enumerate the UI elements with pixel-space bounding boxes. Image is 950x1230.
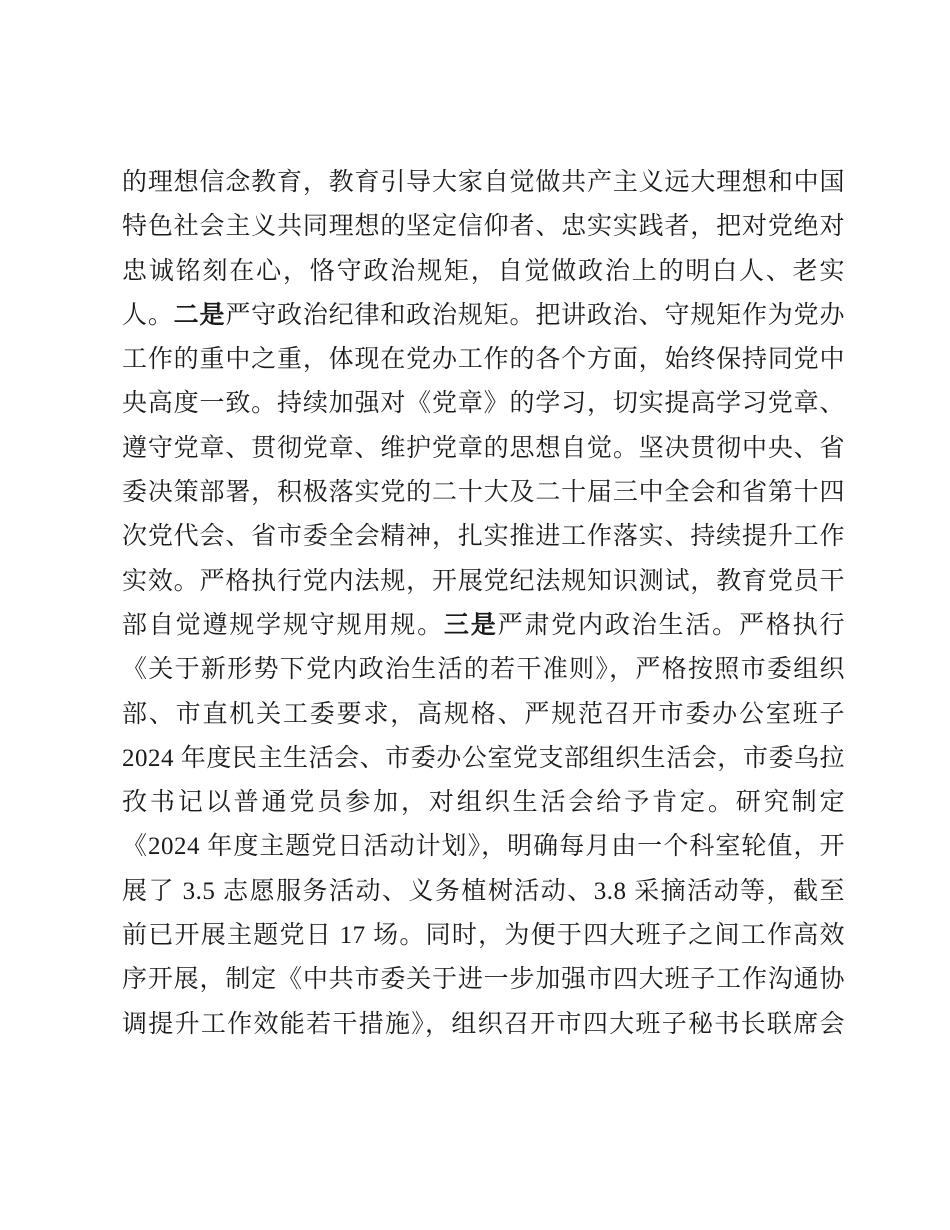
text-run: 遵守党章、贯彻党章、维护党章的思想自觉。坚决贯彻中央、省: [122, 435, 845, 462]
text-line: 部、市直机关工委要求，高规格、严规范召开市委办公室班子: [122, 693, 845, 737]
text-run: 工作的重中之重，体现在党办工作的各个方面，始终保持同党中: [122, 346, 845, 373]
text-run: 部自觉遵规学规守规用规。: [122, 612, 444, 639]
text-line: 序开展，制定《中共市委关于进一步加强市四大班子工作沟通协: [122, 958, 845, 1002]
text-line: 的理想信念教育，教育引导大家自觉做共产主义远大理想和中国: [122, 161, 845, 205]
text-line: 展了 3.5 志愿服务活动、义务植树活动、3.8 采摘活动等，截至目: [122, 870, 845, 914]
text-run: 央高度一致。持续加强对《党章》的学习，切实提高学习党章、: [122, 390, 845, 417]
text-line: 人。二是严守政治纪律和政治规矩。把讲政治、守规矩作为党办: [122, 294, 845, 338]
text-run: 严守政治纪律和政治规矩。把讲政治、守规矩作为党办: [225, 302, 845, 329]
text-run: 序开展，制定《中共市委关于进一步加强市四大班子工作沟通协: [122, 966, 845, 993]
text-line: 实效。严格执行党内法规，开展党纪法规知识测试，教育党员干: [122, 560, 845, 604]
text-line: 忠诚铭刻在心，恪守政治规矩，自觉做政治上的明白人、老实: [122, 250, 845, 294]
text-run: 的理想信念教育，教育引导大家自觉做共产主义远大理想和中国: [122, 169, 845, 196]
text-line: 遵守党章、贯彻党章、维护党章的思想自觉。坚决贯彻中央、省: [122, 427, 845, 471]
text-run: 严肃党内政治生活。严格执行: [498, 612, 845, 639]
bold-text-run: 三是: [444, 612, 498, 639]
text-line: 次党代会、省市委全会精神，扎实推进工作落实、持续提升工作: [122, 515, 845, 559]
text-line: 特色社会主义共同理想的坚定信仰者、忠实实践者，把对党绝对: [122, 205, 845, 249]
text-line: 工作的重中之重，体现在党办工作的各个方面，始终保持同党中: [122, 338, 845, 382]
text-run: 《2024 年度主题党日活动计划》，明确每月由一个科室轮值，开: [122, 833, 845, 860]
text-line: 调提升工作效能若干措施》，组织召开市四大班子秘书长联席会: [122, 1003, 845, 1047]
text-run: 委决策部署，积极落实党的二十大及二十届三中全会和省第十四: [122, 479, 845, 506]
text-run: 孜书记以普通党员参加，对组织生活会给予肯定。研究制定: [122, 789, 845, 816]
text-run: 前已开展主题党日 17 场。同时，为便于四大班子之间工作高效有: [122, 922, 845, 958]
text-run: 2024 年度民主生活会、市委办公室党支部组织生活会，市委乌拉: [122, 745, 845, 772]
text-line: 部自觉遵规学规守规用规。三是严肃党内政治生活。严格执行: [122, 604, 845, 648]
text-run: 展了 3.5 志愿服务活动、义务植树活动、3.8 采摘活动等，截至目: [122, 878, 845, 914]
text-run: 人。: [122, 302, 174, 329]
text-line: 孜书记以普通党员参加，对组织生活会给予肯定。研究制定: [122, 781, 845, 825]
text-run: 实效。严格执行党内法规，开展党纪法规知识测试，教育党员干: [122, 568, 845, 595]
text-run: 次党代会、省市委全会精神，扎实推进工作落实、持续提升工作: [122, 523, 845, 550]
text-line: 前已开展主题党日 17 场。同时，为便于四大班子之间工作高效有: [122, 914, 845, 958]
bold-text-run: 二是: [174, 302, 226, 329]
text-line: 委决策部署，积极落实党的二十大及二十届三中全会和省第十四: [122, 471, 845, 515]
text-run: 《关于新形势下党内政治生活的若干准则》，严格按照市委组织: [122, 656, 845, 683]
text-run: 调提升工作效能若干措施》，组织召开市四大班子秘书长联席会: [122, 1011, 845, 1038]
text-run: 部、市直机关工委要求，高规格、严规范召开市委办公室班子: [122, 701, 845, 728]
document-body: 的理想信念教育，教育引导大家自觉做共产主义远大理想和中国特色社会主义共同理想的坚…: [122, 161, 845, 1047]
document-page: 的理想信念教育，教育引导大家自觉做共产主义远大理想和中国特色社会主义共同理想的坚…: [0, 0, 950, 1230]
text-run: 忠诚铭刻在心，恪守政治规矩，自觉做政治上的明白人、老实: [122, 258, 845, 285]
text-line: 2024 年度民主生活会、市委办公室党支部组织生活会，市委乌拉: [122, 737, 845, 781]
text-line: 《2024 年度主题党日活动计划》，明确每月由一个科室轮值，开: [122, 825, 845, 869]
text-line: 《关于新形势下党内政治生活的若干准则》，严格按照市委组织: [122, 648, 845, 692]
text-run: 特色社会主义共同理想的坚定信仰者、忠实实践者，把对党绝对: [122, 213, 845, 240]
text-line: 央高度一致。持续加强对《党章》的学习，切实提高学习党章、: [122, 382, 845, 426]
